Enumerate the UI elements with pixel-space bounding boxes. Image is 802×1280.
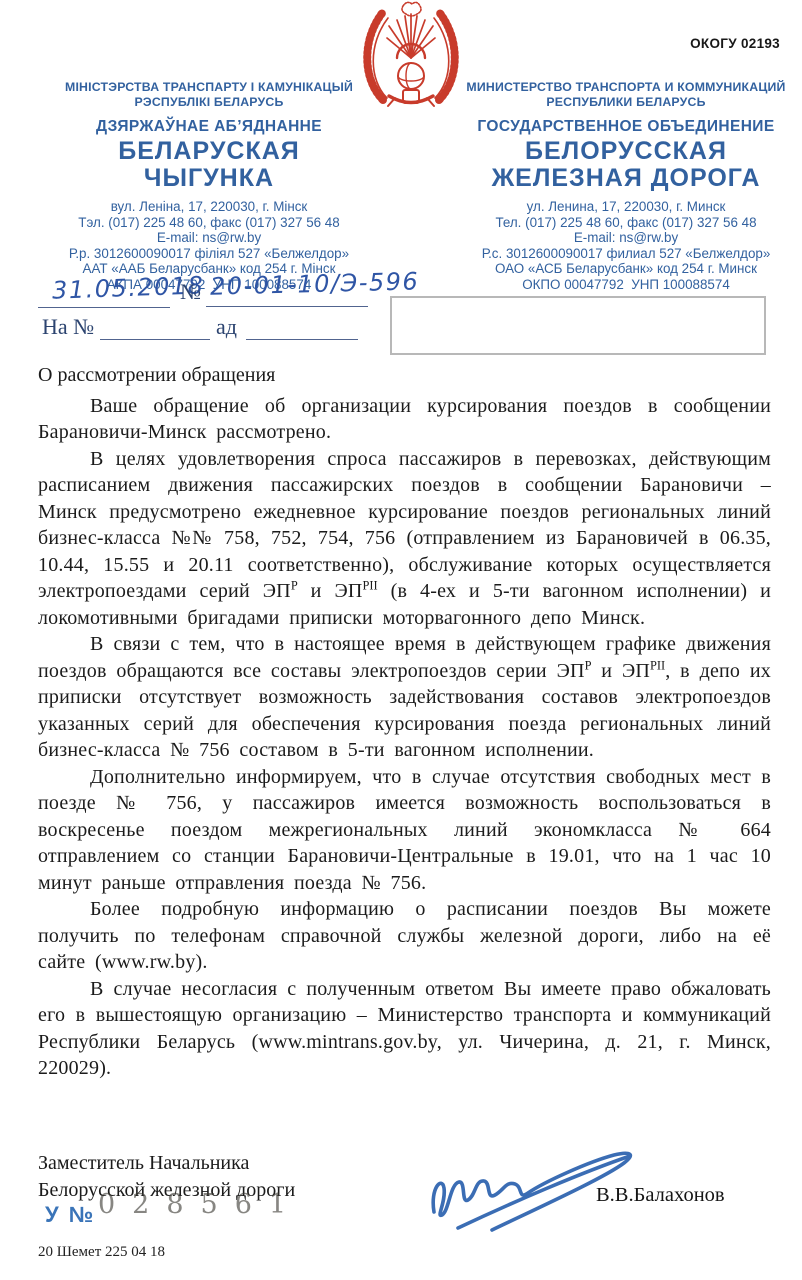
signer-position-line1: Заместитель Начальника xyxy=(38,1150,295,1177)
body-paragraph: Ваше обращение об организации курсирован… xyxy=(38,393,771,446)
reply-number-blank-line xyxy=(100,339,210,340)
org-name-ru-line1: БЕЛОРУССКАЯ xyxy=(452,138,800,165)
registration-stamp-label: У № xyxy=(45,1202,95,1228)
letterhead-russian: МИНИСТЕРСТВО ТРАНСПОРТА И КОММУНИКАЦИЙ Р… xyxy=(452,80,800,293)
org-address-ru: ул. Ленина, 17, 220030, г. Минск xyxy=(452,199,800,215)
ministry-name-by-line2: РЭСПУБЛІКІ БЕЛАРУСЬ xyxy=(33,95,385,110)
okogu-code: ОКОГУ 02193 xyxy=(690,36,780,51)
letter-body: О рассмотрении обращения Ваше обращение … xyxy=(38,362,771,1082)
handwritten-outgoing-number: 20-01-10/Э-596 xyxy=(210,267,420,300)
org-account-by: Р.р. 3012600090017 філіял 527 «Белжелдор… xyxy=(33,246,385,262)
signer-name: В.В.Балахонов xyxy=(596,1184,725,1207)
addressee-stamp-box xyxy=(390,296,766,355)
number-sign-label: № xyxy=(180,279,201,305)
date-underline xyxy=(38,307,170,308)
ministry-name-by-line1: МІНІСТЭРСТВА ТРАНСПАРТУ І КАМУНІКАЦЫЙ xyxy=(33,80,385,95)
letterhead-belarusian: МІНІСТЭРСТВА ТРАНСПАРТУ І КАМУНІКАЦЫЙ РЭ… xyxy=(33,80,385,293)
body-paragraph: Более подробную информацию о расписании … xyxy=(38,896,771,976)
executor-note: 20 Шемет 225 04 18 xyxy=(38,1244,165,1261)
org-account-ru: Р.с. 3012600090017 филиал 527 «Белжелдор… xyxy=(452,246,800,262)
scanned-letter-page: ОКОГУ 02193 МІНІСТЭРСТВА ТРАНСПАРТУ І КА… xyxy=(0,0,802,1280)
org-name-ru-line2: ЖЕЛЕЗНАЯ ДОРОГА xyxy=(452,165,800,192)
ministry-name-ru-line1: МИНИСТЕРСТВО ТРАНСПОРТА И КОММУНИКАЦИЙ xyxy=(452,80,800,95)
ministry-name-ru-line2: РЕСПУБЛИКИ БЕЛАРУСЬ xyxy=(452,95,800,110)
body-paragraph: В случае несогласия с полученным ответом… xyxy=(38,976,771,1082)
reply-date-conjunction-label: ад xyxy=(216,314,237,340)
subject-line: О рассмотрении обращения xyxy=(38,362,771,389)
registration-stamp-number: 028561 xyxy=(98,1189,303,1220)
number-underline xyxy=(206,306,368,307)
body-paragraph: Дополнительно информируем, что в случае … xyxy=(38,764,771,897)
org-email-by: E-mail: ns@rw.by xyxy=(33,230,385,246)
org-phone-by: Тэл. (017) 225 48 60, факс (017) 327 56 … xyxy=(33,215,385,231)
org-phone-ru: Тел. (017) 225 48 60, факс (017) 327 56 … xyxy=(452,215,800,231)
body-paragraph: В целях удовлетворения спроса пассажиров… xyxy=(38,446,771,632)
org-address-by: вул. Леніна, 17, 220030, г. Мінск xyxy=(33,199,385,215)
reply-to-number-label: На № xyxy=(42,314,94,340)
org-name-by-line1: БЕЛАРУСКАЯ xyxy=(33,138,385,165)
org-name-by-line2: ЧЫГУНКА xyxy=(33,165,385,192)
reply-date-blank-line xyxy=(246,339,358,340)
association-name-ru: ГОСУДАРСТВЕННОЕ ОБЪЕДИНЕНИЕ xyxy=(452,118,800,136)
org-email-ru: E-mail: ns@rw.by xyxy=(452,230,800,246)
org-codes-ru: ОКПО 00047792 УНП 100088574 xyxy=(452,277,800,293)
org-bank-ru: ОАО «АСБ Беларусбанк» код 254 г. Минск xyxy=(452,261,800,277)
body-paragraph: В связи с тем, что в настоящее время в д… xyxy=(38,631,771,764)
association-name-by: ДЗЯРЖАЎНАЕ АБ’ЯДНАННЕ xyxy=(33,118,385,136)
